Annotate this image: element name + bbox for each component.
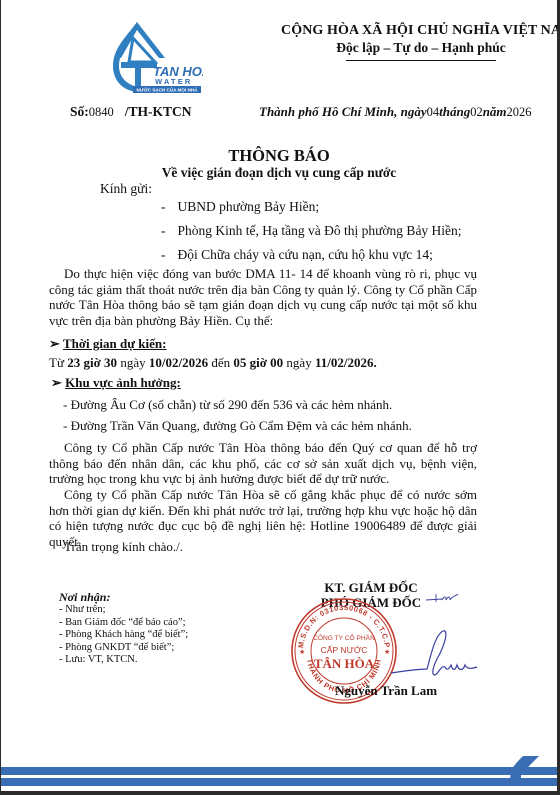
initials-mark [426, 590, 466, 604]
signer-name: Nguyễn Trần Lam [321, 683, 451, 699]
document-page: TAN HOA WATER NƯỚC SẠCH CỦA MỌI NHÀ CỘNG… [1, 0, 557, 791]
svg-text:CẤP NƯỚC: CẤP NƯỚC [320, 645, 367, 655]
affected-area-item: - Đường Âu Cơ (số chẵn) từ số 290 đến 53… [63, 397, 392, 413]
schedule-detail: Từ 23 giờ 30 ngày 10/02/2026 đến 05 giờ … [49, 355, 377, 371]
tan-hoa-water-logo: TAN HOA WATER NƯỚC SẠCH CỦA MỌI NHÀ [107, 18, 203, 94]
receivers-heading: Nơi nhận: [59, 591, 188, 603]
svg-text:CÔNG TY CỔ PHẦN: CÔNG TY CỔ PHẦN [313, 632, 375, 642]
date-year: 2026 [507, 105, 532, 119]
svg-text:TÂN HÒA: TÂN HÒA [314, 656, 375, 671]
recipient-list: -UBND phường Bảy Hiền; -Phòng Kinh tế, H… [161, 199, 462, 271]
affected-area-item: - Đường Trần Văn Quang, đường Gò Cẩm Đệm… [63, 418, 412, 434]
document-title: THÔNG BÁO [1, 146, 557, 166]
footer-decoration [1, 756, 557, 791]
notify-paragraph: Công ty Cổ phần Cấp nước Tân Hòa thông b… [49, 440, 477, 487]
svg-text:★: ★ [384, 648, 390, 656]
date-day: 04 [427, 105, 440, 119]
date-month: 02 [470, 105, 483, 119]
handwritten-signature [391, 625, 481, 680]
national-motto: Độc lập – Tự do – Hạnh phúc [281, 40, 557, 56]
receiver-item: - Lưu: VT, KTCN. [59, 654, 188, 666]
document-number-value: 0840 [89, 105, 114, 119]
receiver-item: - Phòng Khách hàng “để biết”; [59, 629, 188, 641]
nation-name: CỘNG HÒA XÃ HỘI CHỦ NGHĨA VIỆT NAM [281, 23, 557, 39]
svg-text:WATER: WATER [155, 77, 193, 86]
document-subtitle: Về việc gián đoạn dịch vụ cung cấp nước [1, 165, 557, 181]
svg-text:NƯỚC SẠCH CỦA MỌI NHÀ: NƯỚC SẠCH CỦA MỌI NHÀ [137, 86, 199, 93]
recipient-item: -UBND phường Bảy Hiền; [161, 199, 462, 223]
schedule-heading: ➢ Thời gian dự kiến: [49, 336, 166, 352]
closing-line: Trân trọng kính chào./. [64, 539, 183, 555]
recipient-item: -Phòng Kinh tế, Hạ tầng và Đô thị phường… [161, 223, 462, 247]
affected-area-heading: ➢ Khu vực ảnh hưởng: [51, 375, 181, 391]
national-header: CỘNG HÒA XÃ HỘI CHỦ NGHĨA VIỆT NAM Độc l… [281, 23, 557, 61]
motto-underline [346, 60, 496, 61]
svg-text:★: ★ [299, 648, 305, 656]
document-number: Số:0840/TH-KTCN [70, 104, 192, 120]
receiver-item: - Như trên; [59, 604, 188, 616]
intro-paragraph: Do thực hiện việc đóng van bước DMA 11- … [49, 266, 477, 328]
receiver-item: - Phòng GNKDT “để biết”; [59, 642, 188, 654]
greeting: Kính gửi: [100, 181, 152, 197]
receivers-block: Nơi nhận: - Như trên; - Ban Giám đốc “để… [59, 591, 188, 666]
receiver-item: - Ban Giám đốc “để báo cáo”; [59, 617, 188, 629]
dateline: Thành phố Hồ Chí Minh, ngày04tháng02năm2… [259, 104, 532, 120]
